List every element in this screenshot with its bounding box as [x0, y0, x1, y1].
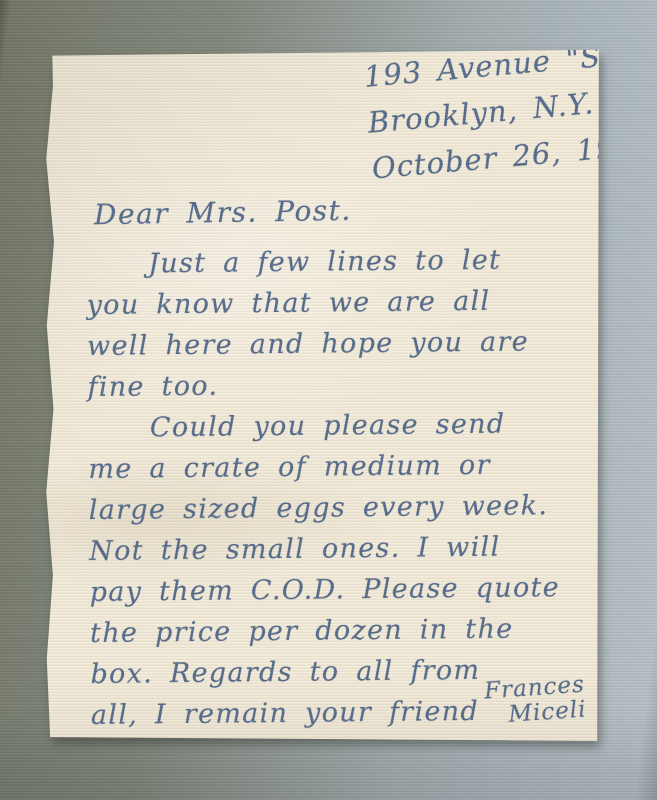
- body-line: pay them C.O.D. Please quote: [89, 567, 595, 613]
- body-line: well here and hope you are: [87, 321, 593, 367]
- body-line: Just a few lines to let: [86, 239, 592, 285]
- letter-address-block: 193 Avenue "S" Brooklyn, N.Y. October 26…: [362, 29, 656, 191]
- letter-body: Just a few lines to let you know that we…: [86, 239, 597, 736]
- body-line: Not the small ones. I will: [89, 526, 595, 572]
- letter-page: 193 Avenue "S" Brooklyn, N.Y. October 26…: [44, 48, 600, 742]
- body-line: you know that we are all: [86, 280, 592, 326]
- letter-signature: Frances Miceli: [484, 673, 588, 730]
- body-line: large sized eggs every week.: [89, 485, 595, 531]
- body-line: Could you please send: [88, 403, 594, 449]
- body-line: fine too.: [87, 362, 593, 408]
- scanned-letter-photo: 193 Avenue "S" Brooklyn, N.Y. October 26…: [0, 0, 657, 800]
- letter-salutation: Dear Mrs. Post.: [94, 194, 352, 231]
- letter-paper: 193 Avenue "S" Brooklyn, N.Y. October 26…: [44, 48, 600, 742]
- body-line: the price per dozen in the: [90, 608, 596, 654]
- body-line: me a crate of medium or: [88, 444, 594, 490]
